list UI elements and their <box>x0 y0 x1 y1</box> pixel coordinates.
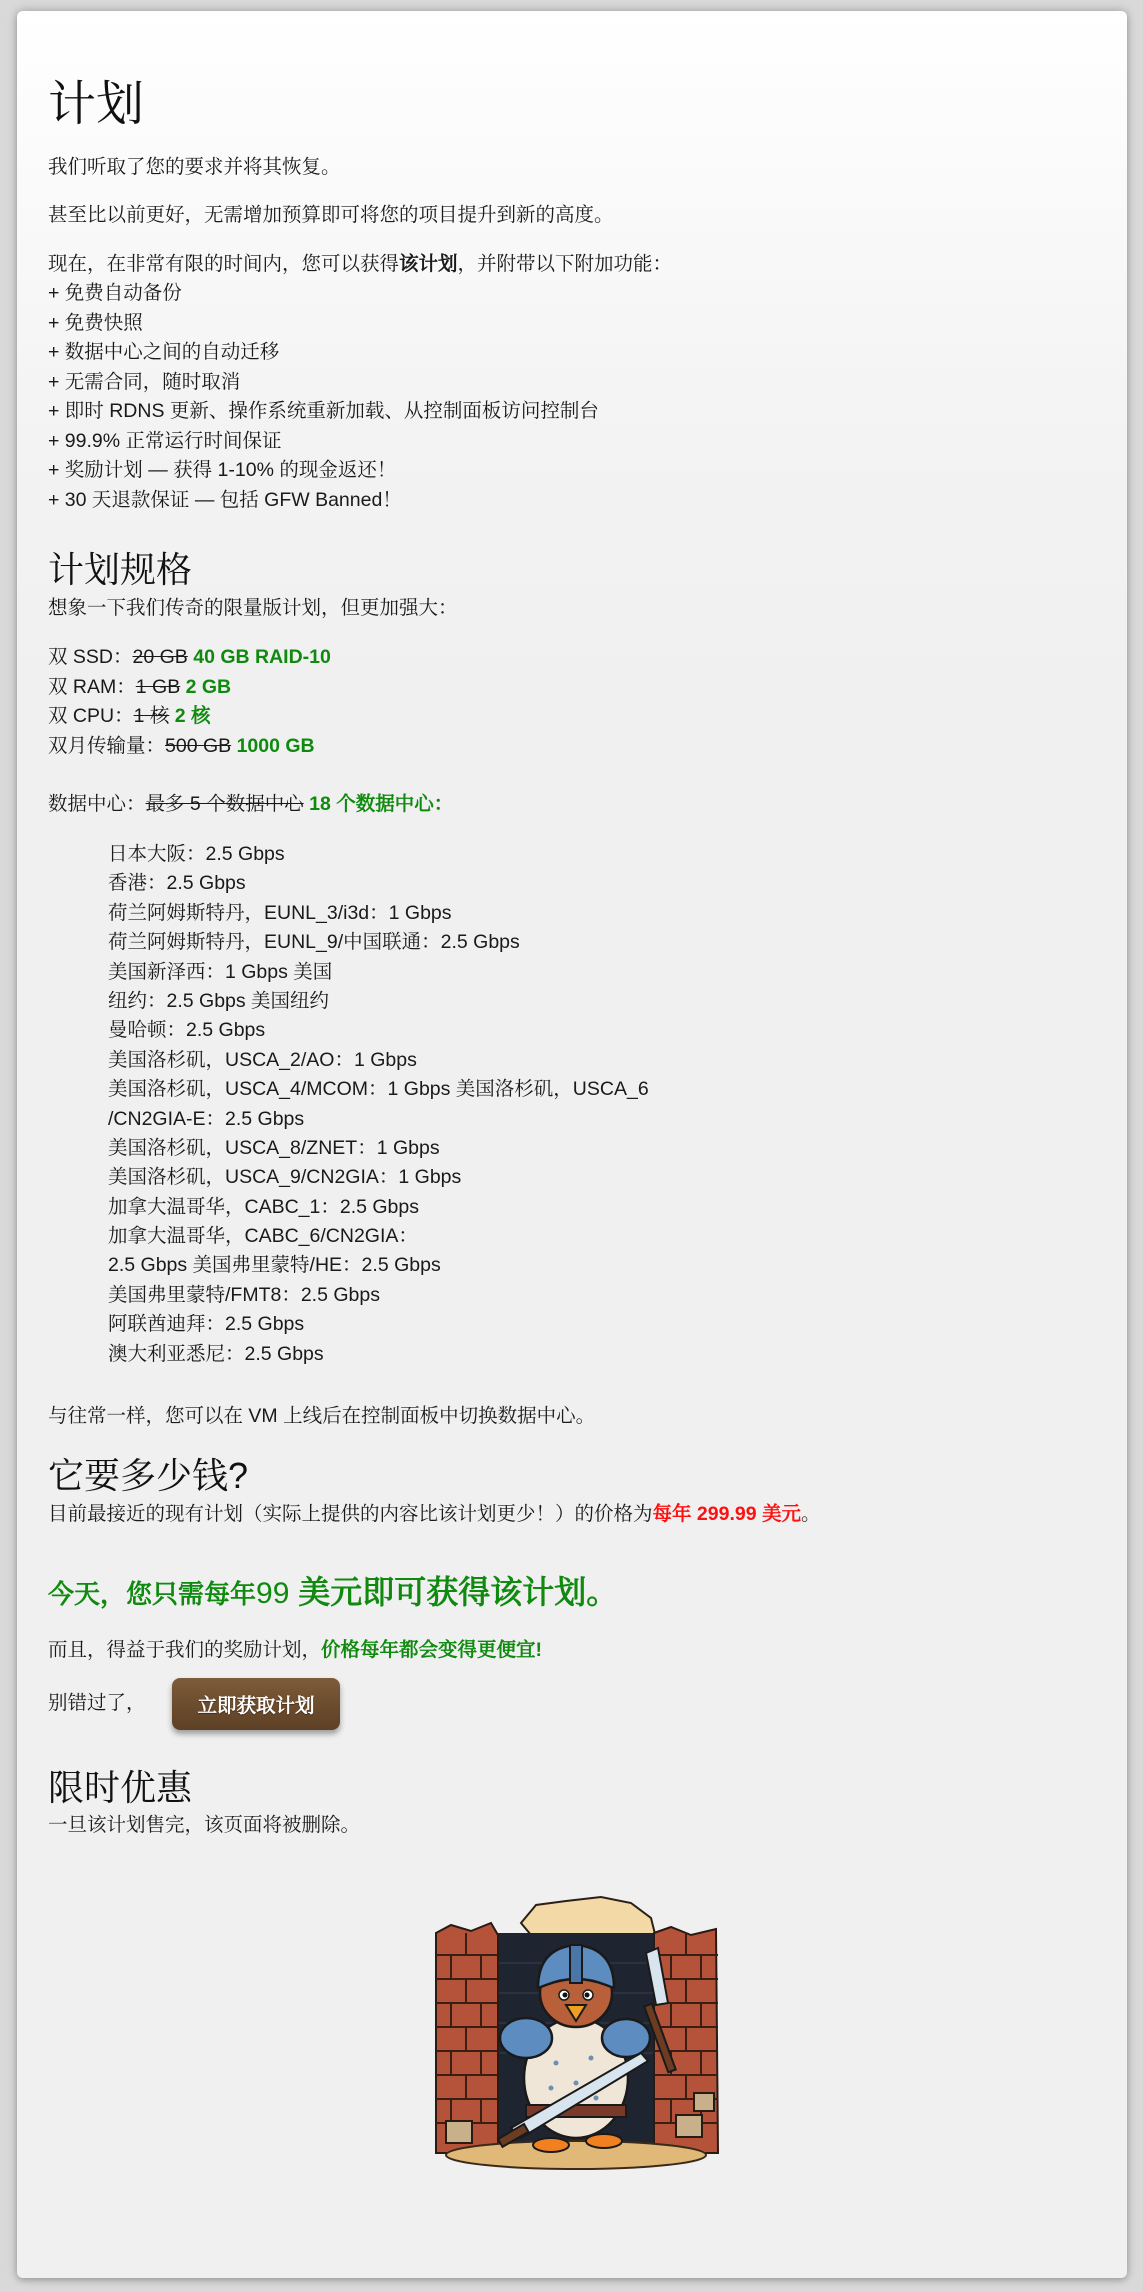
spec-transfer: 双月传输量：500 GB 1000 GB <box>48 732 315 762</box>
datacenter-old-value: 最多 5 个数据中心 <box>146 793 304 815</box>
datacenter-item: 阿联酋迪拜：2.5 Gbps <box>108 1310 649 1339</box>
specs-intro: 想象一下我们传奇的限量版计划，但更加强大： <box>48 594 458 624</box>
cta-prefix: 别错过了， <box>48 1689 146 1719</box>
promo-price-line: 今天，您只需每年99 美元即可获得该计划。 <box>48 1567 618 1613</box>
datacenter-item: 美国洛杉矶，USCA_2/AO：1 Gbps <box>108 1046 649 1075</box>
compare-suffix: 。 <box>801 1503 821 1525</box>
intro-line-1: 我们听取了您的要求并将其恢复。 <box>48 153 341 183</box>
get-plan-button[interactable]: 立即获取计划 <box>172 1678 340 1730</box>
price-comparison: 目前最接近的现有计划（实际上提供的内容比该计划更少！）的价格为每年 299.99… <box>48 1500 821 1530</box>
spec-cpu: 双 CPU：1 核 2 核 <box>48 702 211 732</box>
reward-highlight: 价格每年都会变得更便宜! <box>321 1639 542 1661</box>
datacenter-summary: 数据中心：最多 5 个数据中心 18 个数据中心： <box>48 790 453 820</box>
spec-new-value: 1000 GB <box>237 735 315 757</box>
feature-item: + 免费自动备份 <box>48 279 182 309</box>
promo-price: 99 <box>256 1577 289 1610</box>
datacenter-item: 2.5 Gbps 美国弗里蒙特/HE：2.5 Gbps <box>108 1251 649 1280</box>
limited-offer-heading: 限时优惠 <box>48 1760 192 1811</box>
datacenter-item: 美国洛杉矶，USCA_8/ZNET：1 Gbps <box>108 1134 649 1163</box>
datacenter-item: 美国弗里蒙特/FMT8：2.5 Gbps <box>108 1281 649 1310</box>
feature-item: + 数据中心之间的自动迁移 <box>48 338 279 368</box>
compare-prefix: 目前最接近的现有计划（实际上提供的内容比该计划更少！）的价格为 <box>48 1503 653 1525</box>
reward-line: 而且，得益于我们的奖励计划，价格每年都会变得更便宜! <box>48 1636 542 1666</box>
spec-old-value: 500 GB <box>165 735 231 757</box>
spec-label: 双 SSD： <box>48 646 133 668</box>
feature-item: + 奖励计划 — 获得 1-10% 的现金返还！ <box>48 456 396 486</box>
intro-line-2: 甚至比以前更好，无需增加预算即可将您的项目提升到新的高度。 <box>48 201 614 231</box>
spec-label: 双月传输量： <box>48 735 165 757</box>
datacenter-item: 加拿大温哥华，CABC_1：2.5 Gbps <box>108 1193 649 1222</box>
datacenter-item: 美国新泽西：1 Gbps 美国 <box>108 958 649 987</box>
old-price: 每年 299.99 美元 <box>653 1503 801 1525</box>
datacenter-item: 澳大利亚悉尼：2.5 Gbps <box>108 1340 649 1369</box>
spec-ram: 双 RAM：1 GB 2 GB <box>48 673 231 703</box>
feature-item: + 无需合同，随时取消 <box>48 368 240 398</box>
datacenter-item: 日本大阪：2.5 Gbps <box>108 840 649 869</box>
spec-new-value: 40 GB RAID-10 <box>193 646 331 668</box>
promo-suffix: 美元即可获得该计划。 <box>289 1574 618 1610</box>
spec-ssd: 双 SSD：20 GB 40 GB RAID-10 <box>48 643 331 673</box>
datacenter-item: 曼哈顿：2.5 Gbps <box>108 1016 649 1045</box>
switch-datacenter-note: 与往常一样，您可以在 VM 上线后在控制面板中切换数据中心。 <box>48 1402 595 1432</box>
specs-heading: 计划规格 <box>48 542 192 593</box>
spec-new-value: 2 GB <box>186 676 232 698</box>
spec-new-value: 2 核 <box>175 705 211 727</box>
feature-item: + 30 天退款保证 — 包括 GFW Banned！ <box>48 486 402 516</box>
offer-line: 现在，在非常有限的时间内，您可以获得该计划，并附带以下附加功能： <box>48 250 672 280</box>
promo-prefix: 今天，您只需每年 <box>48 1579 256 1609</box>
feature-item: + 免费快照 <box>48 309 143 339</box>
datacenter-label: 数据中心： <box>48 793 146 815</box>
datacenter-item: 美国洛杉矶，USCA_4/MCOM：1 Gbps 美国洛杉矶，USCA_6 <box>108 1075 649 1104</box>
spec-label: 双 CPU： <box>48 705 134 727</box>
datacenter-item: 荷兰阿姆斯特丹，EUNL_9/中国联通：2.5 Gbps <box>108 928 649 957</box>
spec-old-value: 1 GB <box>136 676 180 698</box>
feature-item: + 即时 RDNS 更新、操作系统重新加载、从控制面板访问控制台 <box>48 397 599 427</box>
datacenter-list: 日本大阪：2.5 Gbps 香港：2.5 Gbps 荷兰阿姆斯特丹，EUNL_3… <box>108 840 649 1369</box>
spec-old-value: 1 核 <box>134 705 170 727</box>
datacenter-new-value: 18 个数据中心： <box>309 793 453 815</box>
offer-bold: 该计划 <box>399 253 458 275</box>
offer-prefix: 现在，在非常有限的时间内，您可以获得 <box>48 253 399 275</box>
chicken-knight-illustration <box>426 1893 726 2183</box>
datacenter-item: 香港：2.5 Gbps <box>108 869 649 898</box>
datacenter-item: 加拿大温哥华，CABC_6/CN2GIA： <box>108 1222 649 1251</box>
feature-item: + 99.9% 正常运行时间保证 <box>48 427 282 457</box>
datacenter-item: /CN2GIA-E：2.5 Gbps <box>108 1105 649 1134</box>
datacenter-item: 纽约：2.5 Gbps 美国纽约 <box>108 987 649 1016</box>
datacenter-item: 美国洛杉矶，USCA_9/CN2GIA：1 Gbps <box>108 1163 649 1192</box>
content-card: 计划 我们听取了您的要求并将其恢复。 甚至比以前更好，无需增加预算即可将您的项目… <box>17 11 1127 2278</box>
pricing-heading: 它要多少钱? <box>48 1448 248 1499</box>
offer-suffix: ，并附带以下附加功能： <box>458 253 673 275</box>
spec-old-value: 20 GB <box>133 646 188 668</box>
spec-label: 双 RAM： <box>48 676 136 698</box>
limited-offer-note: 一旦该计划售完，该页面将被删除。 <box>48 1811 360 1841</box>
datacenter-item: 荷兰阿姆斯特丹，EUNL_3/i3d：1 Gbps <box>108 899 649 928</box>
page-title: 计划 <box>48 65 144 134</box>
reward-prefix: 而且，得益于我们的奖励计划， <box>48 1639 321 1661</box>
